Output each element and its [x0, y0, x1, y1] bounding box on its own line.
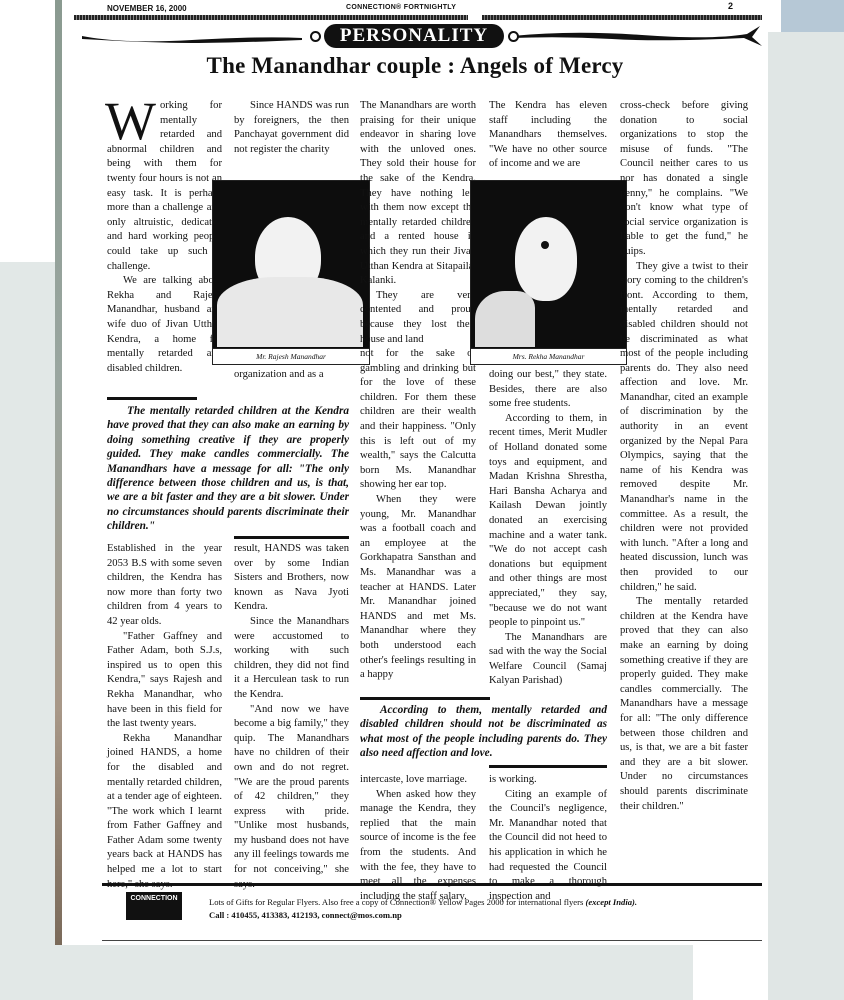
ornament-dot-right [508, 31, 519, 42]
swash-right-ornament [512, 26, 762, 46]
article-headline: The Manandhar couple : Angels of Mercy [62, 53, 768, 79]
article-column-1-top: Working for mentally retarded and abnorm… [107, 99, 222, 376]
footer-line-2: Call : 410455, 413383, 412193, connect@m… [209, 909, 637, 922]
paragraph: The mentally retarded children at the Ke… [620, 595, 748, 814]
paragraph: According to them, in recent times, Meri… [489, 412, 607, 631]
paragraph: Since the Manandhars were accustomed to … [234, 615, 349, 703]
footer-line-1-italic: (except India). [585, 897, 637, 907]
paragraph: When they were young, Mr. Manandhar was … [360, 493, 476, 683]
paragraph: The Kendra has eleven staff including th… [489, 99, 607, 172]
background-blue-patch [781, 0, 844, 32]
paragraph: intercaste, love marriage. [360, 773, 476, 788]
footer-advertisement: Lots of Gifts for Regular Flyers. Also f… [209, 896, 637, 922]
page-number: 2 [728, 1, 733, 11]
connection-logo: CONNECTION [126, 892, 182, 920]
portrait-shoulders [217, 277, 363, 347]
portrait-shoulder [475, 291, 535, 347]
drop-cap: W [105, 101, 156, 141]
swash-left-ornament [82, 32, 302, 46]
paragraph: doing our best," they state. Besides, th… [489, 368, 607, 412]
header-rule-right [482, 15, 762, 20]
paragraph: "Father Gaffney and Father Adam, both S.… [107, 630, 222, 732]
header-rule [74, 15, 468, 20]
footer-line-1: Lots of Gifts for Regular Flyers. Also f… [209, 897, 583, 907]
bindi-dot [541, 241, 549, 249]
photo-caption: Mrs. Rekha Manandhar [471, 348, 626, 364]
pullquote-1: The mentally retarded children at the Ke… [107, 404, 349, 534]
article-column-2-bottom: result, HANDS was taken over by some Ind… [234, 542, 349, 892]
article-column-4-top: The Kendra has eleven staff including th… [489, 99, 607, 172]
section-label: PERSONALITY [324, 24, 504, 48]
paragraph: cross-check before giving donation to so… [620, 99, 748, 260]
newspaper-page: NOVEMBER 16, 2000 CONNECTION® FORTNIGHTL… [62, 0, 768, 945]
paragraph: They give a twist to their story coming … [620, 260, 748, 596]
ornament-dot-left [310, 31, 321, 42]
pullquote-2-rule-bottom [489, 765, 607, 768]
footer-rule [102, 883, 762, 886]
paragraph: Rekha Manandhar joined HANDS, a home for… [107, 732, 222, 893]
issue-date: NOVEMBER 16, 2000 [107, 4, 187, 13]
paragraph: Citing an example of the Council's negli… [489, 788, 607, 905]
photo-caption: Mr. Rajesh Manandhar [213, 348, 369, 364]
paragraph: The Manandhars are worth praising for th… [360, 99, 476, 289]
paragraph: is working. [489, 773, 607, 788]
background-bottom-white [693, 945, 768, 1000]
background-white-left [0, 0, 56, 262]
portrait-face [515, 217, 577, 301]
bottom-rule [102, 940, 762, 941]
pullquote-2-rule-top [360, 697, 490, 700]
paragraph: not for the sake of gambling and drinkin… [360, 347, 476, 493]
page-left-edge [55, 0, 62, 945]
paragraph: Since HANDS was run by foreigners, the t… [234, 99, 349, 157]
paragraph: Established in the year 2053 B.S with so… [107, 542, 222, 630]
pullquote-rule-top [107, 397, 197, 400]
publication-name: CONNECTION® FORTNIGHTLY [346, 4, 456, 11]
article-column-4-continuation: doing our best," they state. Besides, th… [489, 368, 607, 689]
article-column-2-top: Since HANDS was run by foreigners, the t… [234, 99, 349, 157]
background-right-strip [768, 32, 844, 1000]
pullquote-rule-bottom [234, 536, 349, 539]
paragraph: They are very contented and proud becaus… [360, 289, 476, 347]
photo-rajesh-manandhar: Mr. Rajesh Manandhar [212, 180, 370, 365]
paragraph: "And now we have become a big family," t… [234, 703, 349, 893]
paragraph: When asked how they manage the Kendra, t… [360, 788, 476, 905]
article-column-1-bottom: Established in the year 2053 B.S with so… [107, 542, 222, 892]
paragraph: We are talking about Rekha and Rajesh Ma… [107, 274, 222, 376]
article-column-3-top: The Manandhars are worth praising for th… [360, 99, 476, 683]
paragraph: organization and as a [234, 368, 349, 383]
photo-rekha-manandhar: Mrs. Rekha Manandhar [470, 180, 627, 365]
paragraph: result, HANDS was taken over by some Ind… [234, 542, 349, 615]
article-column-2-continuation: organization and as a [234, 368, 349, 383]
paragraph: The Manandhars are sad with the way the … [489, 631, 607, 689]
pullquote-2: According to them, mentally retarded and… [360, 703, 607, 761]
article-column-5: cross-check before giving donation to so… [620, 99, 748, 814]
